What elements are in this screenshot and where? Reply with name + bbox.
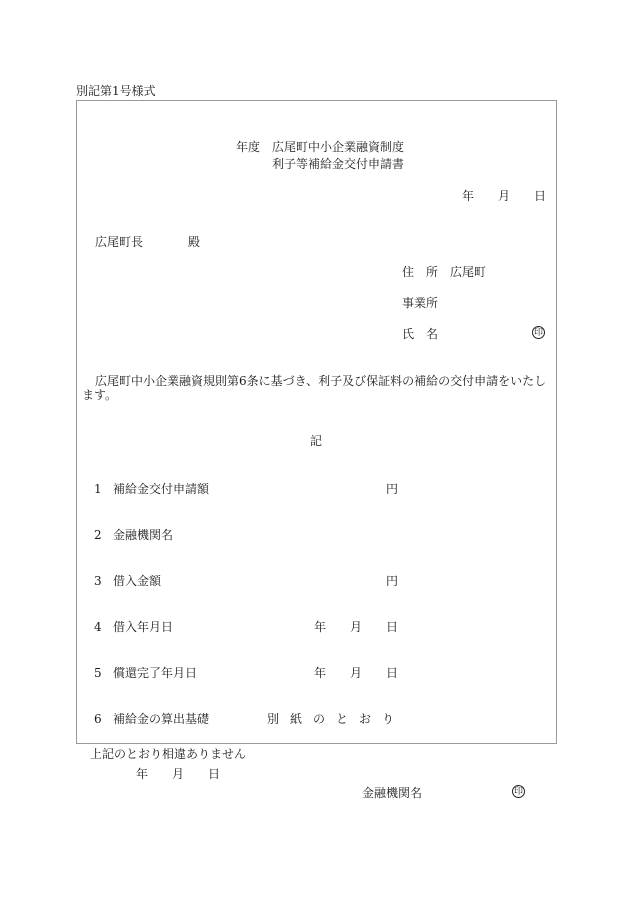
seal-icon: 印 — [532, 326, 545, 339]
yen-unit: 円 — [386, 482, 398, 496]
loan-date-month: 月 — [350, 620, 362, 634]
name-label: 氏 名 — [402, 327, 438, 341]
application-statement: 広尾町中小企業融資規則第6条に基づき、利子及び保証料の補給の交付申請をいたします… — [82, 374, 552, 402]
date-year-label: 年 — [462, 189, 474, 203]
item-label-calculation-basis: 補給金の算出基礎 — [113, 712, 209, 726]
certification-statement: 上記のとおり相違ありません — [90, 747, 246, 761]
item-number: 1 — [94, 482, 102, 496]
item-number: 3 — [94, 574, 102, 588]
addressee-honorific: 殿 — [188, 235, 200, 249]
address-label: 住 所 — [402, 265, 438, 279]
certification-date-day: 日 — [208, 767, 220, 781]
item-number: 2 — [94, 528, 102, 542]
loan-date-day: 日 — [386, 620, 398, 634]
address-value: 広尾町 — [450, 265, 486, 279]
calculation-basis-value: 別紙のとおり — [267, 712, 405, 726]
certification-date-month: 月 — [172, 767, 184, 781]
application-form-frame — [76, 100, 557, 744]
repayment-date-year: 年 — [314, 666, 326, 680]
date-day-label: 日 — [534, 189, 546, 203]
office-label: 事業所 — [402, 296, 438, 310]
yen-unit: 円 — [386, 574, 398, 588]
item-label-loan-date: 借入年月日 — [113, 620, 173, 634]
bank-name-label: 金融機関名 — [362, 786, 422, 800]
repayment-date-month: 月 — [350, 666, 362, 680]
fiscal-year-label: 年度 — [236, 140, 260, 154]
addressee-name: 広尾町長 — [95, 235, 143, 249]
date-month-label: 月 — [498, 189, 510, 203]
certification-date-year: 年 — [136, 767, 148, 781]
item-number: 5 — [94, 666, 102, 680]
repayment-date-day: 日 — [386, 666, 398, 680]
item-label-loan-amount: 借入金額 — [113, 574, 161, 588]
item-number: 4 — [94, 620, 102, 634]
form-title-line2: 利子等補給金交付申請書 — [272, 157, 404, 171]
form-title-line1: 年度広尾町中小企業融資制度 — [236, 140, 404, 154]
item-label-subsidy-amount: 補給金交付申請額 — [113, 482, 209, 496]
item-number: 6 — [94, 712, 102, 726]
item-label-bank-name: 金融機関名 — [113, 528, 173, 542]
form-number-label: 別記第1号様式 — [76, 84, 156, 98]
loan-date-year: 年 — [314, 620, 326, 634]
seal-icon: 印 — [512, 785, 525, 798]
program-name: 広尾町中小企業融資制度 — [272, 140, 404, 154]
ki-heading: 記 — [310, 434, 322, 448]
item-label-repayment-date: 償還完了年月日 — [113, 666, 197, 680]
